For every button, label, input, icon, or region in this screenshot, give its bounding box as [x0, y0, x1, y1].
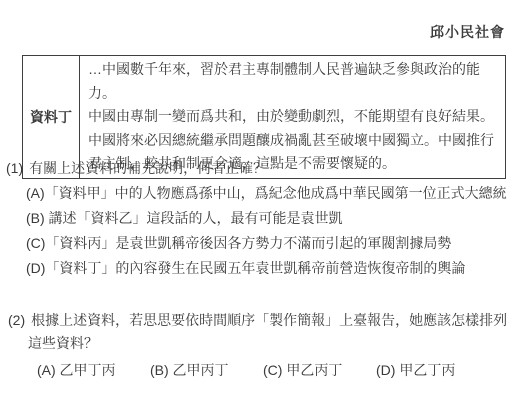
- question-1-stem: (1)有關上述資料的補充說明，何者正確？: [6, 156, 516, 181]
- source-text-line-3: 中國將來必因總統繼承問題釀成禍亂甚至破壞中國獨立。中國推行: [88, 129, 500, 153]
- question-2-stem: (2)根據上述資料，若思思要依時間順序「製作簡報」上臺報告，她應該怎樣排列: [8, 309, 516, 332]
- question-1-option-d: (D)「資料丁」的內容發生在民國五年袁世凱稱帝前營造恢復帝制的輿論: [26, 256, 516, 281]
- question-1-number: (1): [6, 160, 23, 176]
- question-2-option-d: (D) 甲乙丁丙: [376, 359, 489, 382]
- question-1: (1)有關上述資料的補充說明，何者正確？ (A)「資料甲」中的人物應爲孫中山，爲…: [6, 156, 516, 281]
- question-2-option-c: (C) 甲乙丙丁: [263, 359, 376, 382]
- source-text-line-1: …中國數千年來，習於君主專制體制人民普遍缺乏參與政治的能力。: [88, 58, 500, 105]
- question-1-option-b: (B) 講述「資料乙」這段話的人，最有可能是袁世凱: [26, 206, 516, 231]
- question-2-number: (2): [8, 312, 25, 328]
- question-2-option-a: (A) 乙甲丁丙: [37, 359, 150, 382]
- question-2-option-b: (B) 乙甲丙丁: [150, 359, 263, 382]
- doc-header-title: 邱小民社會: [430, 22, 505, 42]
- source-text-line-2: 中國由專制一變而爲共和，由於變動劇烈，不能期望有良好結果。: [88, 105, 500, 129]
- question-1-option-c: (C)「資料丙」是袁世凱稱帝後因各方勢力不滿而引起的軍閥割據局勢: [26, 231, 516, 256]
- question-2-text-line1: 根據上述資料，若思思要依時間順序「製作簡報」上臺報告，她應該怎樣排列: [31, 312, 507, 328]
- question-2-options-row: (A) 乙甲丁丙 (B) 乙甲丙丁 (C) 甲乙丙丁 (D) 甲乙丁丙: [37, 359, 516, 382]
- question-2: (2)根據上述資料，若思思要依時間順序「製作簡報」上臺報告，她應該怎樣排列 這些…: [8, 309, 516, 382]
- question-2-text-line2: 這些資料？: [28, 332, 516, 355]
- question-1-option-a: (A)「資料甲」中的人物應爲孫中山，爲紀念他成爲中華民國第一位正式大總統: [26, 181, 516, 206]
- question-1-text: 有關上述資料的補充說明，何者正確？: [29, 160, 267, 176]
